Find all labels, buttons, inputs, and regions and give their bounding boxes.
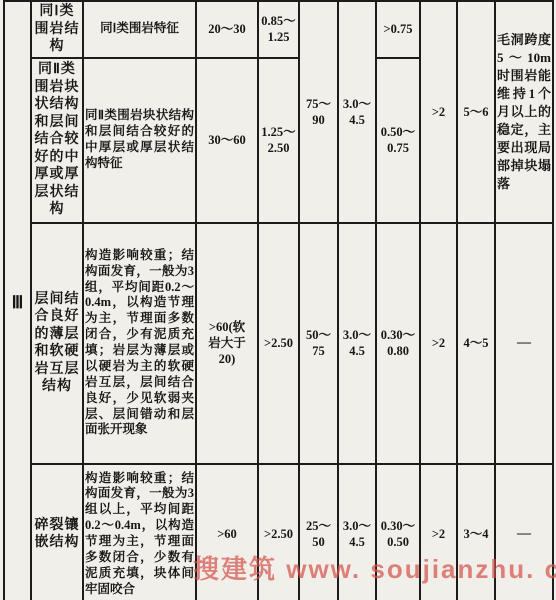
cell-stability-note: 毛洞跨度5～10m时围岩能维持1个月以上的稳定，主要出现局部掉块塌落 (495, 1, 553, 223)
cell-value-b: >2.50 (258, 464, 299, 600)
cell-value-e: 0.30～ 0.80 (376, 223, 420, 464)
cell-value-f-merged: >2 (420, 1, 457, 223)
cell-value-g-merged: 5～6 (457, 1, 495, 223)
table-row: Ⅲ 同Ⅰ类围岩结构 同Ⅰ类围岩特征 20～30 0.85～ 1.25 75～ 9… (4, 1, 553, 58)
cell-stability-note: — (495, 464, 553, 600)
rock-class-label: Ⅲ (4, 1, 31, 600)
table-row: 碎裂镶嵌结构 构造影响较重；结构面发育，一般为3组以上，平均间距0.2～0.4m… (4, 464, 553, 600)
cell-value-c: 25～ 50 (299, 464, 338, 600)
cell-stability-note: — (495, 223, 553, 464)
cell-value-d: 3.0～ 4.5 (338, 464, 376, 600)
cell-features: 同Ⅰ类围岩特征 (83, 1, 196, 58)
cell-structure-name: 层间结合良好的薄层和软硬岩互层结构 (31, 223, 83, 464)
cell-value-a: >60 (196, 464, 258, 600)
cell-value-e: 0.50～ 0.75 (376, 58, 420, 223)
cell-value-a: 20～30 (196, 1, 258, 58)
cell-value-a: 30～60 (196, 58, 258, 223)
cell-value-d-merged: 3.0～ 4.5 (338, 1, 376, 223)
rock-classification-table: Ⅲ 同Ⅰ类围岩结构 同Ⅰ类围岩特征 20～30 0.85～ 1.25 75～ 9… (3, 0, 554, 600)
cell-structure-name: 碎裂镶嵌结构 (31, 464, 83, 600)
cell-value-g: 3～4 (457, 464, 495, 600)
cell-value-e: >0.75 (376, 1, 420, 58)
cell-value-a: >60(软 岩大于 20) (196, 223, 258, 464)
cell-structure-name: 同Ⅱ类围岩块状结构和层间结合较好的中厚或厚层状结构 (31, 58, 83, 223)
table-row: 层间结合良好的薄层和软硬岩互层结构 构造影响较重；结构面发育，一般为3组，平均间… (4, 223, 553, 464)
cell-value-c-merged: 75～ 90 (299, 1, 338, 223)
cell-value-c: 50～ 75 (299, 223, 338, 464)
cell-features: 同Ⅱ类围岩块状结构和层间结合较好的中厚层或厚层状结构特征 (83, 58, 196, 223)
cell-value-f: >2 (420, 464, 457, 600)
cell-value-e: 0.30～ 0.50 (376, 464, 420, 600)
cell-value-b: 0.85～ 1.25 (258, 1, 299, 58)
cell-value-d: 3.0～ 4.5 (338, 223, 376, 464)
cell-features: 构造影响较重；结构面发育，一般为3组，平均间距0.2～0.4m，以构造节理为主，… (83, 223, 196, 464)
cell-value-b: 1.25～ 2.50 (258, 58, 299, 223)
scanned-page: Ⅲ 同Ⅰ类围岩结构 同Ⅰ类围岩特征 20～30 0.85～ 1.25 75～ 9… (0, 0, 556, 600)
cell-features: 构造影响较重；结构面发育，一般为3组以上，平均间距0.2～0.4m，以构造节理为… (83, 464, 196, 600)
cell-value-b: >2.50 (258, 223, 299, 464)
cell-value-g: 4～5 (457, 223, 495, 464)
cell-structure-name: 同Ⅰ类围岩结构 (31, 1, 83, 58)
cell-value-f: >2 (420, 223, 457, 464)
